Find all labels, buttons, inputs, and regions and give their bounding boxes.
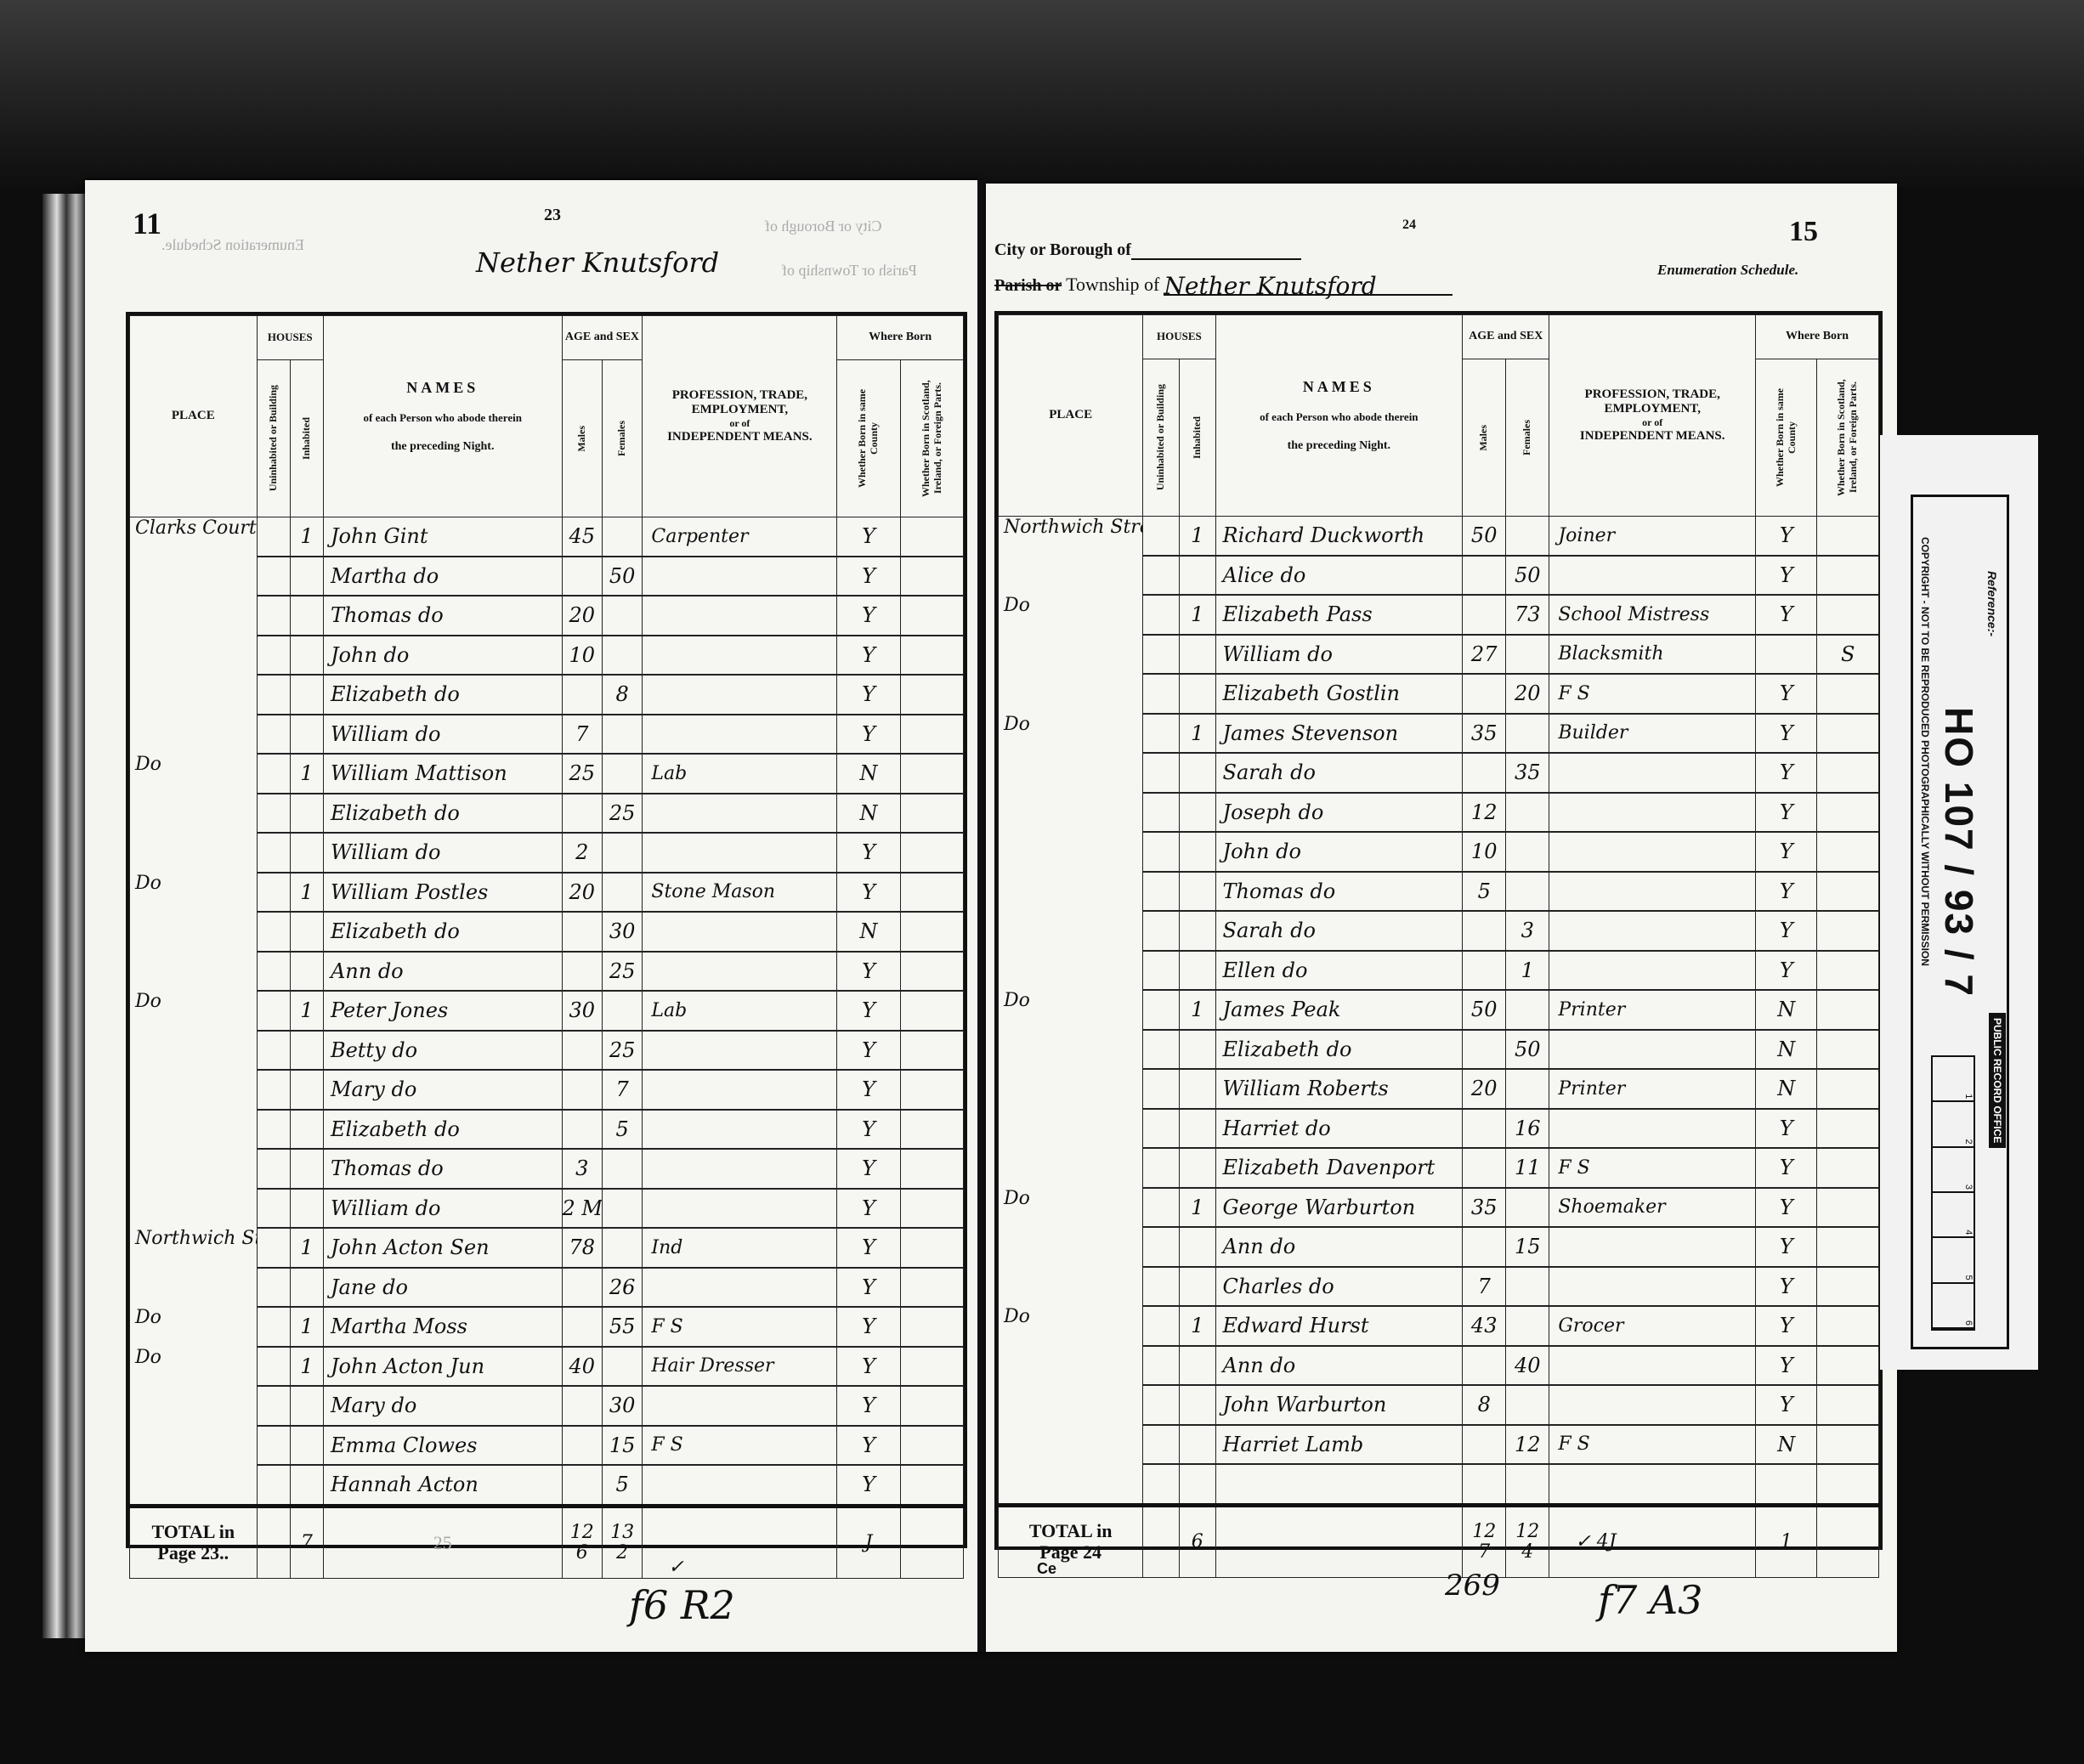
place-cell [130,1070,258,1110]
female-age-cell: 50 [602,557,642,596]
profession-cell [1549,1385,1756,1425]
female-age-cell: 40 [1506,1346,1549,1386]
inhabited-cell [290,912,323,952]
page-number: 23 [544,206,561,225]
place-cell: Do [999,595,1143,635]
female-age-cell: 25 [602,794,642,834]
header-females: Females [1521,420,1533,455]
uninhabited-cell [1143,1425,1180,1465]
name-cell: John Gint [323,517,562,557]
profession-cell: Printer [1549,990,1756,1030]
inhabited-cell [1179,635,1215,675]
inhabited-cell [290,596,323,636]
header-profession: PROFESSION, TRADE, EMPLOYMENT, or of IND… [1549,315,1756,517]
uninhabited-cell [1143,595,1180,635]
inhabited-cell [1179,1385,1215,1425]
name-cell: Mary do [323,1070,562,1110]
profession-cell [1549,1267,1756,1307]
born-same-county-cell: N [1756,1069,1817,1109]
female-age-cell [602,1189,642,1229]
header-uninhabited: Uninhabited or Building [1155,384,1167,490]
uninhabited-cell [1143,556,1180,596]
place-cell: Do [999,990,1143,1030]
uninhabited-cell [1143,714,1180,754]
place-cell [130,1149,258,1189]
uninhabited-cell [257,754,290,794]
header-uninhabited: Uninhabited or Building [268,385,280,491]
female-age-cell: 73 [1506,595,1549,635]
male-age-cell [1463,674,1506,714]
township-handwritten: Nether Knutsford [1164,272,1453,296]
profession-cell [643,596,837,636]
uninhabited-cell [1143,1464,1180,1505]
place-cell [999,1385,1143,1425]
name-cell: Joseph do [1215,793,1463,833]
inhabited-cell [290,833,323,873]
profession-cell [1549,1346,1756,1386]
uninhabited-cell [257,1307,290,1347]
header-houses: HOUSES [257,316,323,360]
born-elsewhere-cell [1817,990,1879,1030]
born-same-county-cell: Y [1756,1385,1817,1425]
table-row: Emma Clowes15F SY [130,1426,964,1466]
inhabited-cell [290,1465,323,1506]
name-cell: Thomas do [323,596,562,636]
place-cell [999,556,1143,596]
profession-cell [1549,951,1756,991]
born-elsewhere-cell [1817,1148,1879,1188]
inhabited-cell [1179,556,1215,596]
table-row [999,1464,1879,1505]
name-cell: Alice do [1215,556,1463,596]
table-row: William do2 MonthY [130,1189,964,1229]
female-age-cell: 30 [602,1386,642,1426]
born-same-county-cell: Y [1756,832,1817,872]
inhabited-cell: 1 [1179,714,1215,754]
born-same-county-cell: Y [837,1189,900,1229]
uninhabited-cell [1143,1148,1180,1188]
male-age-cell: 7 [1463,1267,1506,1307]
born-same-county-cell: Y [837,1070,900,1110]
name-cell: Hannah Acton [323,1465,562,1506]
female-age-cell [602,833,642,873]
place-cell: Do [130,754,258,794]
left-page: 11 23 City or Borough of Parish or Towns… [85,180,979,1652]
born-elsewhere-cell [1817,1385,1879,1425]
female-age-cell: 7 [602,1070,642,1110]
male-age-cell [1463,1109,1506,1149]
place-cell [999,1069,1143,1109]
born-same-county-cell: N [837,754,900,794]
inhabited-cell [1179,1069,1215,1109]
name-cell: John do [323,636,562,676]
uninhabited-cell [1143,1109,1180,1149]
table-row: Ann do15Y [999,1227,1879,1267]
born-elsewhere-cell [900,1465,963,1506]
born-elsewhere-cell [900,1307,963,1347]
born-same-county-cell [1756,1464,1817,1505]
female-age-cell: 16 [1506,1109,1549,1149]
place-cell: Do [999,1188,1143,1228]
male-age-cell: 78 [562,1228,602,1268]
born-same-county-cell: N [1756,1030,1817,1070]
city-borough-line: City or Borough of [994,236,1301,260]
male-age-cell: 20 [562,596,602,636]
male-age-cell [562,1268,602,1308]
female-age-cell [602,991,642,1031]
born-elsewhere-cell [1817,674,1879,714]
male-age-cell [562,1426,602,1466]
total-males: 12 [570,1523,594,1542]
place-cell [130,912,258,952]
place-cell [130,675,258,715]
total-label: TOTAL inPage 23.. [130,1506,258,1578]
female-age-cell: 3 [1506,911,1549,951]
male-age-cell: 8 [1463,1385,1506,1425]
table-row: Betty do25Y [130,1031,964,1071]
female-age-cell [602,517,642,557]
slip-reference-label: Reference:- [1985,571,1999,636]
uninhabited-cell [257,1386,290,1426]
place-cell [130,1268,258,1308]
born-same-county-cell: N [837,794,900,834]
born-same-county-cell: Y [837,1347,900,1387]
header-place: PLACE [130,316,258,517]
name-cell: William Mattison [323,754,562,794]
profession-cell [1549,1464,1756,1505]
profession-cell [1549,793,1756,833]
profession-cell: F S [1549,674,1756,714]
born-same-county-cell: Y [1756,674,1817,714]
header-age-sex: AGE and SEX [1463,315,1549,359]
profession-cell: Builder [1549,714,1756,754]
table-row: Clarks Court1John Gint45CarpenterY [130,517,964,557]
uninhabited-cell [257,675,290,715]
inhabited-cell [1179,1346,1215,1386]
uninhabited-cell [257,952,290,992]
female-age-cell [602,873,642,913]
male-age-cell [1463,1030,1506,1070]
born-elsewhere-cell [900,1110,963,1150]
profession-cell [1549,556,1756,596]
male-age-cell [1463,1346,1506,1386]
background-top [0,0,2084,187]
born-elsewhere-cell [900,873,963,913]
profession-cell: School Mistress [1549,595,1756,635]
profession-cell [1549,872,1756,912]
born-same-county-cell: Y [1756,595,1817,635]
inhabited-cell [290,1386,323,1426]
slip-ruler: 123456 [1931,1055,1975,1331]
born-elsewhere-cell [900,794,963,834]
profession-cell [643,912,837,952]
name-cell: Thomas do [323,1149,562,1189]
male-age-cell: 45 [562,517,602,557]
born-same-county-cell: Y [1756,753,1817,793]
name-cell: Sarah do [1215,911,1463,951]
female-age-cell: 50 [1506,1030,1549,1070]
born-same-county-cell: Y [837,1110,900,1150]
male-age-cell [1463,951,1506,991]
table-row: Charles do7Y [999,1267,1879,1307]
name-cell: John Warburton [1215,1385,1463,1425]
table-row: Harriet do16Y [999,1109,1879,1149]
name-cell: Mary do [323,1386,562,1426]
table-row: William do2Y [130,833,964,873]
inhabited-cell [1179,911,1215,951]
born-same-county-cell [1756,635,1817,675]
header-age-sex: AGE and SEX [562,316,643,360]
born-same-county-cell: Y [837,1228,900,1268]
uninhabited-cell [257,873,290,913]
name-cell: Martha do [323,557,562,596]
male-age-cell: 3 [562,1149,602,1189]
table-row: Joseph do12Y [999,793,1879,833]
female-age-cell: 30 [602,912,642,952]
male-age-cell: 43 [1463,1306,1506,1346]
inhabited-cell: 1 [1179,595,1215,635]
born-elsewhere-cell [900,1070,963,1110]
table-row: Thomas do3Y [130,1149,964,1189]
table-row: Thomas do20Y [130,596,964,636]
table-row: Mary do7Y [130,1070,964,1110]
born-same-county-cell: Y [1756,1109,1817,1149]
born-elsewhere-cell [900,754,963,794]
profession-cell [643,1110,837,1150]
profession-cell [1549,832,1756,872]
profession-cell: F S [1549,1425,1756,1465]
inhabited-cell: 1 [290,1347,323,1387]
slip-copyright: COPYRIGHT - NOT TO BE REPRODUCED PHOTOGR… [1919,537,1931,966]
male-age-cell [1463,1148,1506,1188]
born-same-county-cell: Y [837,873,900,913]
uninhabited-cell [257,1426,290,1466]
table-row: Do1Peter Jones30LabY [130,991,964,1031]
name-cell: Elizabeth Pass [1215,595,1463,635]
born-same-county-cell: Y [1756,517,1817,556]
profession-cell [1549,753,1756,793]
born-same-county-cell: Y [837,1031,900,1071]
name-cell: Emma Clowes [323,1426,562,1466]
name-cell: Betty do [323,1031,562,1071]
name-cell: Elizabeth do [323,912,562,952]
born-elsewhere-cell [1817,1464,1879,1505]
born-elsewhere-cell [900,1268,963,1308]
male-age-cell [1463,1425,1506,1465]
born-elsewhere-cell [900,912,963,952]
born-same-county-cell: Y [837,596,900,636]
place-cell [130,1426,258,1466]
male-age-cell: 35 [1463,1188,1506,1228]
name-cell: Jane do [323,1268,562,1308]
female-age-cell: 50 [1506,556,1549,596]
name-cell: Thomas do [1215,872,1463,912]
uninhabited-cell [257,1347,290,1387]
name-cell [1215,1464,1463,1505]
female-age-cell [1506,793,1549,833]
male-age-cell [562,675,602,715]
born-same-county-cell: Y [1756,1346,1817,1386]
census-table-left: PLACE HOUSES NAMES of each Person who ab… [126,312,967,1548]
table-row: John do10Y [999,832,1879,872]
uninhabited-cell [257,1228,290,1268]
inhabited-cell: 1 [290,991,323,1031]
male-age-cell [562,1307,602,1347]
profession-cell [643,1268,837,1308]
uninhabited-cell [257,912,290,952]
profession-cell [643,1386,837,1426]
table-row: Northwich Street1Richard Duckworth50Join… [999,517,1879,556]
total-names-faint: 25 [323,1506,562,1578]
total-females: 13 [610,1523,634,1542]
profession-cell: Lab [643,754,837,794]
reference-slip: Reference:- HO 107 / 93 / 7 PUBLIC RECOR… [1880,435,2038,1370]
uninhabited-cell [1143,793,1180,833]
born-elsewhere-cell [1817,1267,1879,1307]
header-born-same-county: Whether Born in same County [857,375,881,502]
place-cell [130,636,258,676]
uninhabited-cell [1143,990,1180,1030]
table-row: Elizabeth do8Y [130,675,964,715]
place-cell [999,1425,1143,1465]
place-cell [130,1386,258,1426]
place-cell [999,674,1143,714]
table-row: Elizabeth do5Y [130,1110,964,1150]
female-age-cell [602,754,642,794]
uninhabited-cell [257,991,290,1031]
place-cell: Do [130,1347,258,1387]
inhabited-cell: 1 [1179,990,1215,1030]
name-cell: Ellen do [1215,951,1463,991]
name-cell: William Postles [323,873,562,913]
born-same-county-cell: Y [837,1386,900,1426]
name-cell: Martha Moss [323,1307,562,1347]
inhabited-cell [1179,1109,1215,1149]
footer-mark: Ce [1037,1560,1056,1578]
inhabited-cell [1179,832,1215,872]
inhabited-cell: 1 [290,873,323,913]
place-cell [130,833,258,873]
place-cell [999,1030,1143,1070]
uninhabited-cell [1143,635,1180,675]
male-age-cell [562,952,602,992]
uninhabited-cell [1143,1069,1180,1109]
profession-cell [1549,1030,1756,1070]
total-tick: ✓ 4J [1549,1505,1756,1577]
inhabited-cell [1179,1227,1215,1267]
born-same-county-cell: Y [1756,1306,1817,1346]
profession-cell [643,675,837,715]
table-row: Elizabeth Gostlin20F SY [999,674,1879,714]
census-table-right: PLACE HOUSES NAMES of each Person who ab… [994,311,1883,1550]
inhabited-cell [1179,674,1215,714]
table-row: Do1James Peak50PrinterN [999,990,1879,1030]
uninhabited-cell [257,1070,290,1110]
inhabited-cell [1179,1148,1215,1188]
male-age-cell: 40 [562,1347,602,1387]
name-cell: Elizabeth Gostlin [1215,674,1463,714]
born-elsewhere-cell [1817,793,1879,833]
name-cell: Edward Hurst [1215,1306,1463,1346]
profession-cell: Hair Dresser [643,1347,837,1387]
born-elsewhere-cell [1817,595,1879,635]
profession-cell [643,1070,837,1110]
profession-cell: F S [643,1426,837,1466]
place-cell: Do [999,714,1143,754]
header-females: Females [616,421,628,456]
footer-note: f7 A3 [1598,1577,1702,1623]
uninhabited-cell [257,715,290,755]
born-elsewhere-cell [900,1228,963,1268]
inhabited-cell: 1 [290,517,323,557]
born-same-county-cell: Y [837,517,900,557]
born-same-county-cell: Y [837,1268,900,1308]
born-elsewhere-cell [900,596,963,636]
header-born-elsewhere: Whether Born in Scotland, Ireland, or Fo… [920,375,944,502]
table-row: Thomas do5Y [999,872,1879,912]
profession-cell: Grocer [1549,1306,1756,1346]
table-row: Elizabeth do50N [999,1030,1879,1070]
inhabited-cell [290,1189,323,1229]
profession-cell [643,1189,837,1229]
inhabited-cell: 1 [290,754,323,794]
inhabited-cell [1179,951,1215,991]
uninhabited-cell [257,1465,290,1506]
name-cell: George Warburton [1215,1188,1463,1228]
inhabited-cell: 1 [1179,1188,1215,1228]
place-cell [999,753,1143,793]
profession-cell [643,636,837,676]
uninhabited-cell [1143,1030,1180,1070]
table-row: Elizabeth Davenport11F SY [999,1148,1879,1188]
name-cell: Harriet do [1215,1109,1463,1149]
bleedthrough-text: City or Borough of [765,218,882,235]
born-same-county-cell: Y [837,1465,900,1506]
born-same-county-cell: Y [837,833,900,873]
place-cell [999,1267,1143,1307]
profession-cell [643,1149,837,1189]
born-same-county-cell: Y [837,675,900,715]
total-inhabited: 6 [1179,1505,1215,1577]
male-age-cell: 27 [1463,635,1506,675]
table-row: William do27BlacksmithS [999,635,1879,675]
female-age-cell [602,1228,642,1268]
place-cell [130,1189,258,1229]
male-age-cell [562,557,602,596]
place-cell: Clarks Court [130,517,258,557]
born-elsewhere-cell [900,1347,963,1387]
male-age-cell: 30 [562,991,602,1031]
male-age-cell [562,912,602,952]
female-age-cell: 8 [602,675,642,715]
table-row: Do1Edward Hurst43GrocerY [999,1306,1879,1346]
male-age-cell: 20 [562,873,602,913]
bleedthrough-text: Parish or Township of [782,262,917,280]
male-age-cell: 2 [562,833,602,873]
female-age-cell [1506,872,1549,912]
place-cell [999,793,1143,833]
right-page: 24 15 City or Borough of Parish or Towns… [986,184,1897,1652]
profession-cell [1549,1227,1756,1267]
born-elsewhere-cell [1817,1306,1879,1346]
born-elsewhere-cell [900,1031,963,1071]
profession-cell: F S [643,1307,837,1347]
table-row: Do1William Postles20Stone MasonY [130,873,964,913]
place-cell [130,596,258,636]
female-age-cell: 5 [602,1465,642,1506]
place-cell [999,832,1143,872]
uninhabited-cell [257,636,290,676]
